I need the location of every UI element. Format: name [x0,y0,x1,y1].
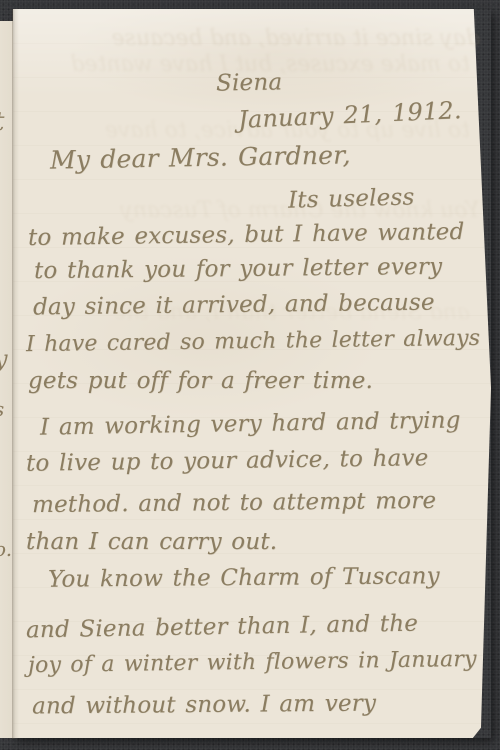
letter-body-line: and without snow. I am very [32,690,376,719]
letter-body-line: gets put off for a freer time. [28,368,373,394]
letter-body-line: You know the Charm of Tuscany [48,563,440,592]
page-fold-shadow [12,9,19,739]
letter-salutation: My dear Mrs. Gardner, [50,140,351,174]
letter-body-line: than I can carry out. [26,529,277,555]
letter-body-line: day since it arrived, and because [33,290,435,321]
letter-place: Siena [216,69,283,96]
letter-body-line: Its useless [288,184,415,213]
letter-body-line: method. and not to attempt more [32,488,436,518]
letter-body-line: to thank you for your letter every [34,254,442,284]
letter-photograph: - t - - - y s o. - day since it arrived,… [0,0,500,750]
